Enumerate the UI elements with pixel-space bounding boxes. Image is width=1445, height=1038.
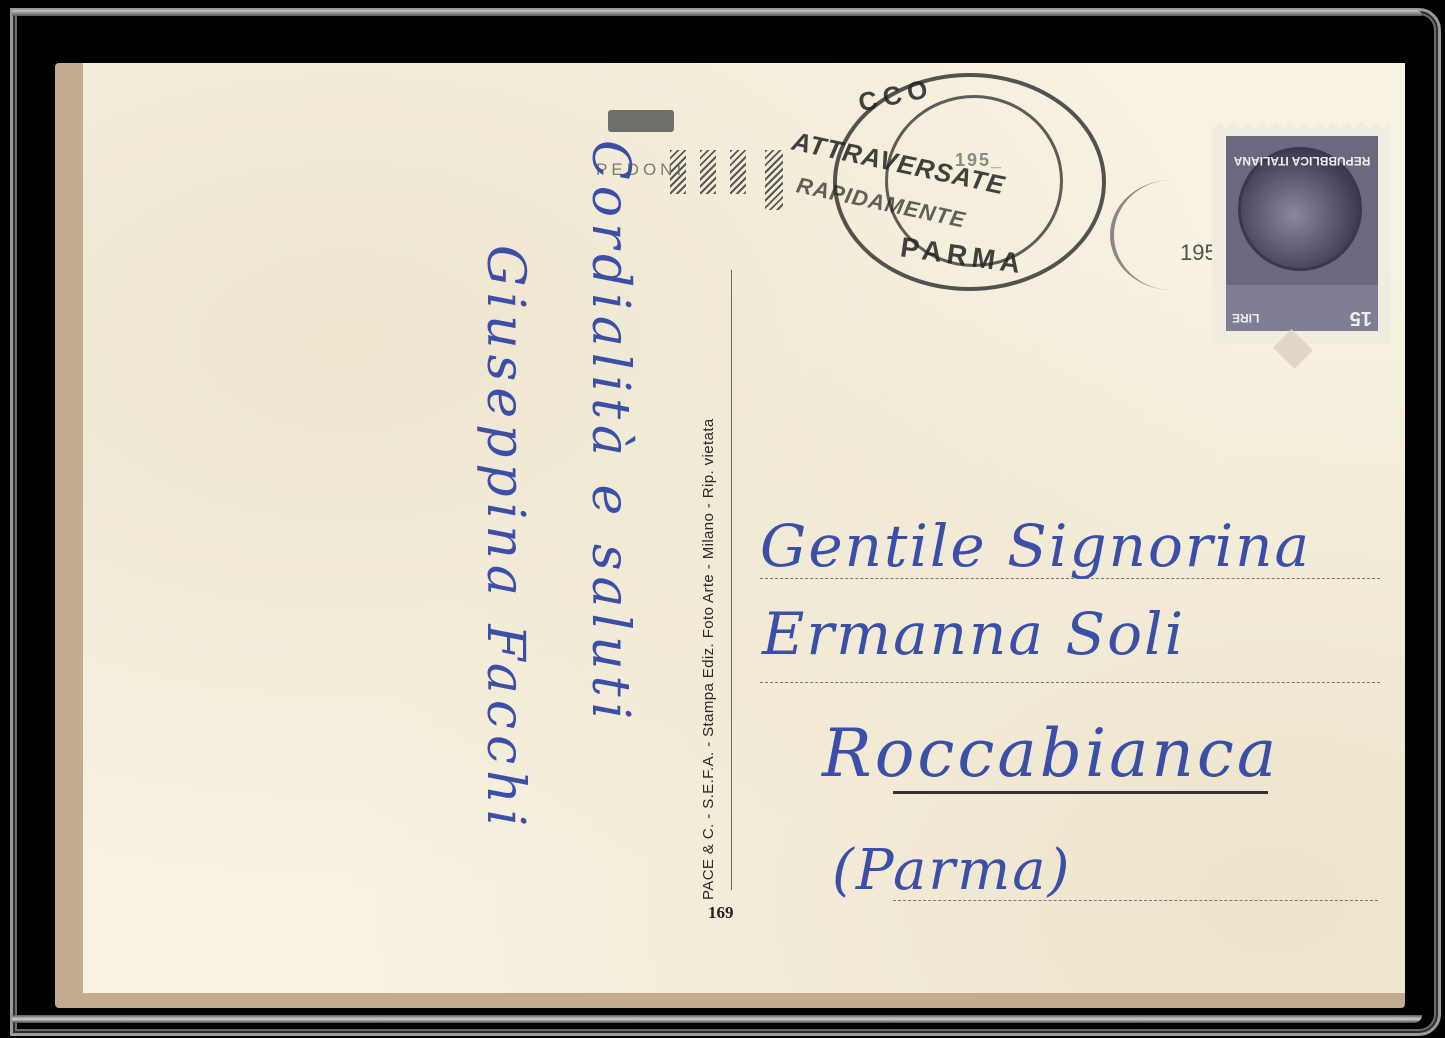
printer-imprint: PACE & C. - S.E.F.A. - Stampa Ediz. Foto… — [700, 418, 717, 900]
address-line-name: Ermanna Soli — [762, 600, 1185, 668]
message-greeting: Cordialità e saluti — [580, 140, 640, 725]
address-line-salutation: Gentile Signorina — [760, 512, 1311, 580]
stamp-design: 15 LIRE REPUBBLICA ITALIANA — [1226, 136, 1378, 331]
address-rule — [760, 682, 1380, 683]
address-line-town: Roccabianca — [822, 715, 1279, 792]
stamp-country: REPUBBLICA ITALIANA — [1226, 154, 1378, 167]
message-signature: Giuseppina Facchi — [475, 245, 535, 832]
stamp-value: 15 — [1350, 306, 1372, 329]
postage-stamp: 15 LIRE REPUBBLICA ITALIANA — [1212, 122, 1390, 344]
card-divider-line — [731, 270, 732, 890]
sleeve-bottom-edge — [12, 1015, 1422, 1023]
sleeve-top-edge — [12, 10, 1422, 16]
card-number: 169 — [708, 903, 734, 923]
cancel-hatch-mark — [730, 150, 746, 194]
cancel-hatch-mark — [700, 150, 716, 194]
address-line-province: (Parma) — [832, 838, 1072, 903]
stamp-currency: LIRE — [1232, 311, 1259, 325]
cancel-hatch-mark — [765, 150, 783, 210]
cancel-emblem-icon — [608, 110, 674, 132]
secondary-postmark-date: 195 — [1180, 240, 1217, 266]
